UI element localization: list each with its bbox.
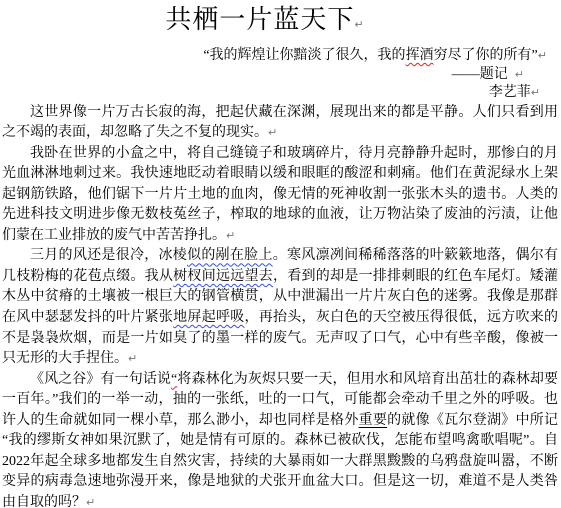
document-text-area: 共栖一片蓝天下↵“我的辉煌让你黯淡了很久，我的挥酒穷尽了你的所有”↵——题记↵李…	[0, 0, 561, 508]
paragraph-1: 这世界像一片万古长寂的海，把起伏藏在深渊，展现出来的都是平静。人们只看到用之不竭…	[2, 103, 558, 144]
document-page[interactable]: 共栖一片蓝天下↵“我的辉煌让你黯淡了很久，我的挥酒穷尽了你的所有”↵——题记↵李…	[0, 0, 561, 508]
grammar-error-text: 似的剐在脸上	[187, 248, 273, 263]
epigraph-attribution: ——题记↵	[2, 66, 558, 85]
text-run: 李艺菲	[489, 85, 531, 100]
text-run: 三月的风还是很冷，冰棱	[30, 248, 187, 263]
epigraph-quote: “我的辉煌让你黯淡了很久，我的挥酒穷尽了你的所有”↵	[2, 47, 558, 66]
text-run: “我的辉煌让你黯淡了很久，我的	[203, 48, 405, 63]
paragraph-4: 《风之谷》有一句话说“将森林化为灰烬只要一天，但用水和风培育出茁壮的森林却要一百…	[2, 370, 558, 508]
grammar-error-text: 树杈间远远望去	[173, 269, 273, 284]
paragraph-mark-icon: ↵	[538, 49, 547, 62]
paragraph-mark-icon: ↵	[128, 352, 137, 365]
paragraph-mark-icon: ↵	[354, 18, 364, 31]
underlined-text: 重要	[359, 413, 388, 428]
document-title: 共栖一片蓝天下↵	[2, 5, 528, 40]
paragraph-mark-icon: ↵	[531, 86, 540, 99]
paragraph-mark-icon: ↵	[86, 496, 95, 508]
text-run: 我卧在世界的小盒之中，将自己缝镜子和玻璃碎片，待月亮静静升起时，那惨白的月光血淋…	[2, 146, 558, 243]
text-run: 共栖一片蓝天下	[165, 5, 354, 34]
paragraph-mark-icon: ↵	[515, 68, 524, 81]
spell-error-text: 挥酒	[406, 48, 434, 63]
grammar-error-text: 地屏起呼吸	[173, 310, 244, 325]
text-run: 这世界像一片万古长寂的海，把起伏藏在深渊，展现出来的都是平静。人们只看到用之不竭…	[2, 105, 558, 141]
text-run: 穷尽了你的所有”	[434, 48, 538, 63]
text-run: 《风之谷》有一句话说	[30, 372, 171, 387]
paragraph-mark-icon: ↵	[268, 126, 277, 139]
paragraph-2: 我卧在世界的小盒之中，将自己缝镜子和玻璃碎片，待月亮静静升起时，那惨白的月光血淋…	[2, 144, 558, 247]
paragraph-3: 三月的风还是很冷，冰棱似的剐在脸上。寒风凛冽间稀稀落落的叶簌簌地落，偶尔有几枝粉…	[2, 246, 558, 369]
text-run: ——题记	[452, 67, 508, 82]
epigraph-author: 李艺菲↵	[2, 84, 558, 103]
paragraph-mark-icon: ↵	[226, 229, 235, 242]
